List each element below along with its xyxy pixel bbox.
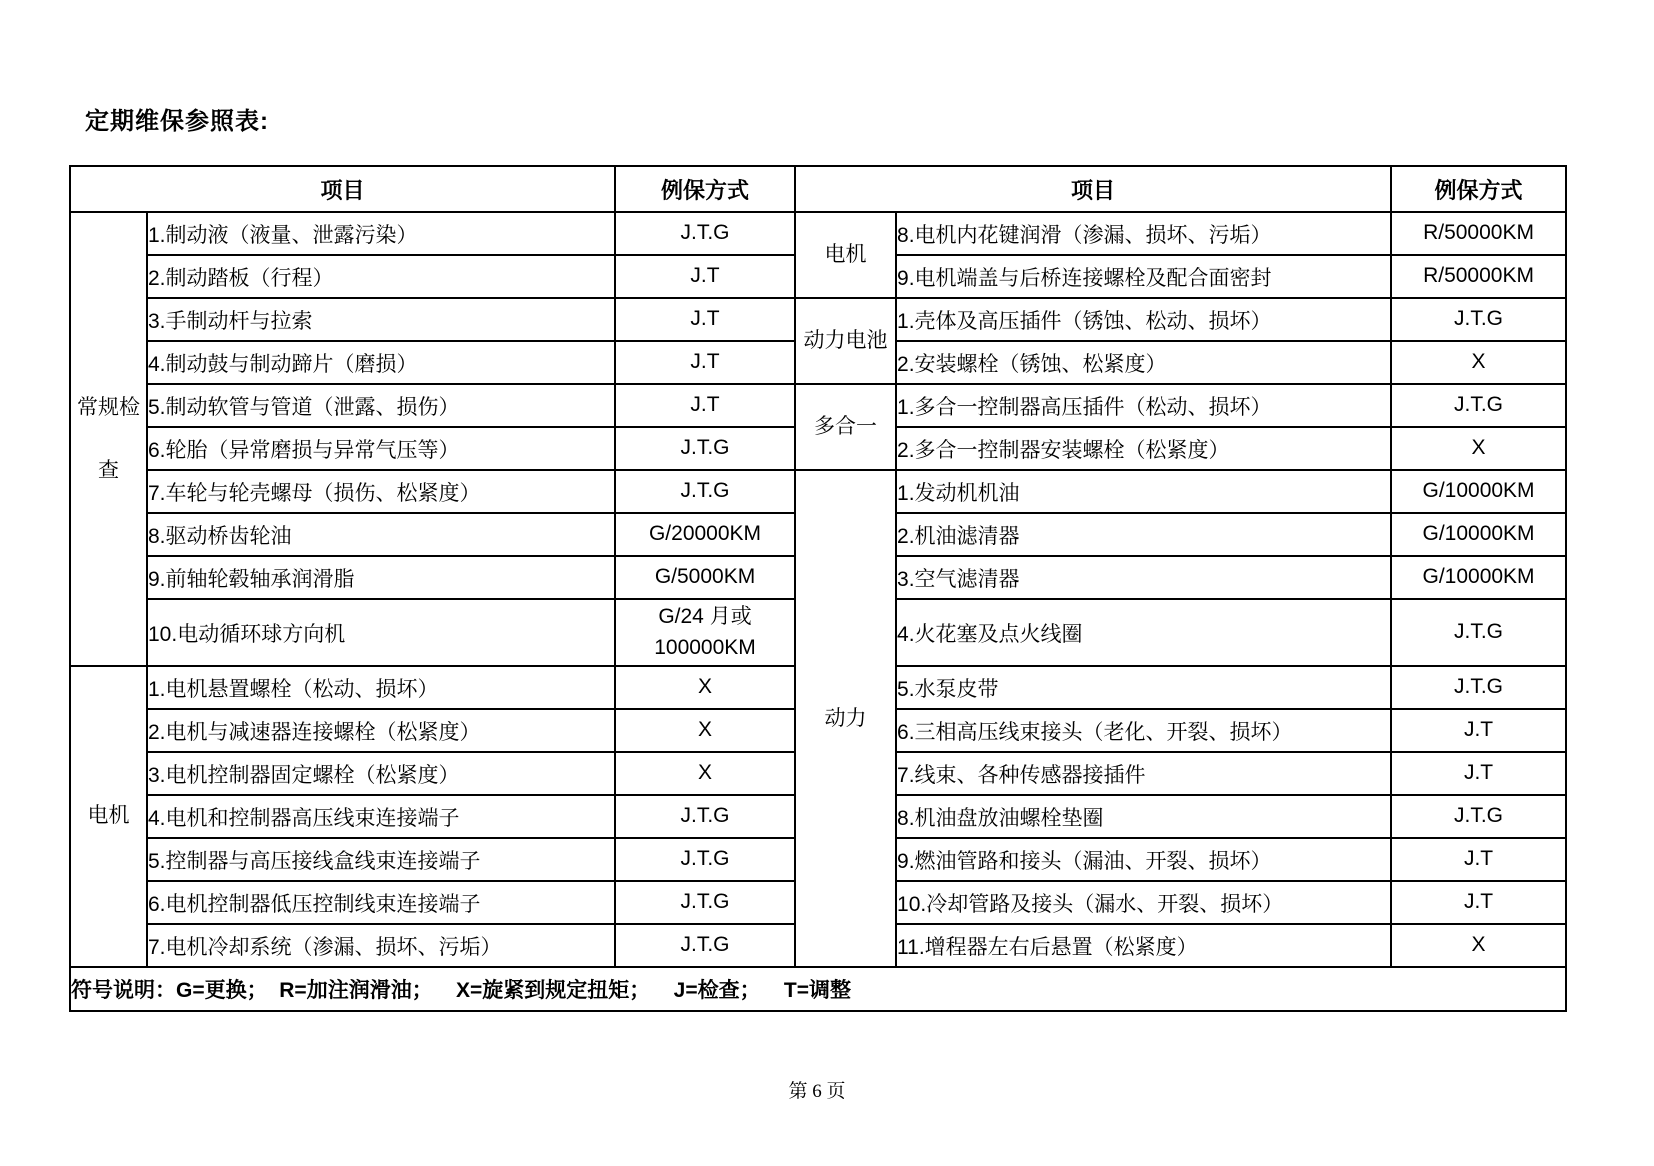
header-item-left: 项目 <box>70 166 615 212</box>
method-cell: J.T.G <box>615 924 795 967</box>
item-cell: 5.制动软管与管道（泄露、损伤） <box>147 384 615 427</box>
method-cell: J.T.G <box>1391 795 1566 838</box>
method-cell: J.T <box>1391 709 1566 752</box>
group-label-all-in-one: 多合一 <box>795 384 896 470</box>
item-cell: 3.空气滤清器 <box>896 556 1391 599</box>
group-label-power: 动力 <box>795 470 896 967</box>
item-cell: 4.电机和控制器高压线束连接端子 <box>147 795 615 838</box>
method-cell: X <box>1391 427 1566 470</box>
method-cell: J.T <box>615 255 795 298</box>
item-cell: 7.线束、各种传感器接插件 <box>896 752 1391 795</box>
method-cell: X <box>1391 924 1566 967</box>
method-cell: G/5000KM <box>615 556 795 599</box>
method-cell: J.T.G <box>615 470 795 513</box>
item-cell: 2.制动踏板（行程） <box>147 255 615 298</box>
item-cell: 2.安装螺栓（锈蚀、松紧度） <box>896 341 1391 384</box>
item-cell: 10.电动循环球方向机 <box>147 599 615 666</box>
item-cell: 1.电机悬置螺栓（松动、损坏） <box>147 666 615 709</box>
method-cell: R/50000KM <box>1391 212 1566 255</box>
method-cell: G/10000KM <box>1391 513 1566 556</box>
group-label-motor-left: 电机 <box>70 666 147 967</box>
method-cell: J.T <box>615 298 795 341</box>
method-cell: J.T <box>1391 881 1566 924</box>
group-label-regular-inspection: 常规检查 <box>70 212 147 666</box>
item-cell: 1.制动液（液量、泄露污染） <box>147 212 615 255</box>
legend-row: 符号说明：G=更换； R=加注润滑油； X=旋紧到规定扭矩； J=检查； T=调… <box>70 967 1566 1011</box>
item-cell: 11.增程器左右后悬置（松紧度） <box>896 924 1391 967</box>
method-cell: G/24 月或 100000KM <box>615 599 795 666</box>
item-cell: 6.三相高压线束接头（老化、开裂、损坏） <box>896 709 1391 752</box>
item-cell: 1.壳体及高压插件（锈蚀、松动、损坏） <box>896 298 1391 341</box>
item-cell: 4.火花塞及点火线圈 <box>896 599 1391 666</box>
method-cell: J.T.G <box>1391 384 1566 427</box>
method-cell: J.T.G <box>615 427 795 470</box>
item-cell: 1.发动机机油 <box>896 470 1391 513</box>
item-cell: 2.电机与减速器连接螺栓（松紧度） <box>147 709 615 752</box>
method-cell: J.T.G <box>615 838 795 881</box>
item-cell: 5.水泵皮带 <box>896 666 1391 709</box>
method-cell: X <box>615 666 795 709</box>
method-cell: J.T <box>1391 752 1566 795</box>
table-header-row: 项目 例保方式 项目 例保方式 <box>70 166 1566 212</box>
page-title: 定期维保参照表: <box>85 101 269 136</box>
document-page: 定期维保参照表: 项目 例保方式 项目 例保方式 常规检查 1.制动液（液量、泄… <box>0 0 1654 1166</box>
header-item-right: 项目 <box>795 166 1391 212</box>
header-method-left: 例保方式 <box>615 166 795 212</box>
item-cell: 9.前轴轮毂轴承润滑脂 <box>147 556 615 599</box>
item-cell: 1.多合一控制器高压插件（松动、损坏） <box>896 384 1391 427</box>
method-cell: J.T.G <box>615 212 795 255</box>
group-label-motor-right: 电机 <box>795 212 896 298</box>
item-cell: 7.车轮与轮壳螺母（损伤、松紧度） <box>147 470 615 513</box>
table-row: 3.手制动杆与拉索 J.T 动力电池 1.壳体及高压插件（锈蚀、松动、损坏） J… <box>70 298 1566 341</box>
table-row: 常规检查 1.制动液（液量、泄露污染） J.T.G 电机 8.电机内花键润滑（渗… <box>70 212 1566 255</box>
item-cell: 10.冷却管路及接头（漏水、开裂、损坏） <box>896 881 1391 924</box>
method-cell: X <box>1391 341 1566 384</box>
table-row: 5.制动软管与管道（泄露、损伤） J.T 多合一 1.多合一控制器高压插件（松动… <box>70 384 1566 427</box>
header-method-right: 例保方式 <box>1391 166 1566 212</box>
item-cell: 3.电机控制器固定螺栓（松紧度） <box>147 752 615 795</box>
method-cell: X <box>615 752 795 795</box>
item-cell: 9.电机端盖与后桥连接螺栓及配合面密封 <box>896 255 1391 298</box>
group-label-power-battery: 动力电池 <box>795 298 896 384</box>
method-cell: J.T <box>1391 838 1566 881</box>
method-cell: J.T.G <box>1391 666 1566 709</box>
item-cell: 7.电机冷却系统（渗漏、损坏、污垢） <box>147 924 615 967</box>
item-cell: 8.电机内花键润滑（渗漏、损坏、污垢） <box>896 212 1391 255</box>
method-cell: G/10000KM <box>1391 556 1566 599</box>
method-cell: J.T <box>615 384 795 427</box>
table-row: 7.车轮与轮壳螺母（损伤、松紧度） J.T.G 动力 1.发动机机油 G/100… <box>70 470 1566 513</box>
item-cell: 8.驱动桥齿轮油 <box>147 513 615 556</box>
method-cell: R/50000KM <box>1391 255 1566 298</box>
page-number: 第 6 页 <box>69 1076 1565 1103</box>
item-cell: 6.轮胎（异常磨损与异常气压等） <box>147 427 615 470</box>
method-cell: J.T.G <box>1391 298 1566 341</box>
method-cell: J.T.G <box>615 881 795 924</box>
item-cell: 2.多合一控制器安装螺栓（松紧度） <box>896 427 1391 470</box>
item-cell: 5.控制器与高压接线盒线束连接端子 <box>147 838 615 881</box>
method-cell: X <box>615 709 795 752</box>
method-cell: J.T <box>615 341 795 384</box>
item-cell: 9.燃油管路和接头（漏油、开裂、损坏） <box>896 838 1391 881</box>
item-cell: 2.机油滤清器 <box>896 513 1391 556</box>
maintenance-table: 项目 例保方式 项目 例保方式 常规检查 1.制动液（液量、泄露污染） J.T.… <box>69 165 1567 1012</box>
method-cell: J.T.G <box>615 795 795 838</box>
symbol-legend: 符号说明：G=更换； R=加注润滑油； X=旋紧到规定扭矩； J=检查； T=调… <box>70 967 1566 1011</box>
method-cell: G/20000KM <box>615 513 795 556</box>
item-cell: 8.机油盘放油螺栓垫圈 <box>896 795 1391 838</box>
item-cell: 6.电机控制器低压控制线束连接端子 <box>147 881 615 924</box>
method-cell: J.T.G <box>1391 599 1566 666</box>
method-cell: G/10000KM <box>1391 470 1566 513</box>
item-cell: 4.制动鼓与制动蹄片（磨损） <box>147 341 615 384</box>
item-cell: 3.手制动杆与拉索 <box>147 298 615 341</box>
